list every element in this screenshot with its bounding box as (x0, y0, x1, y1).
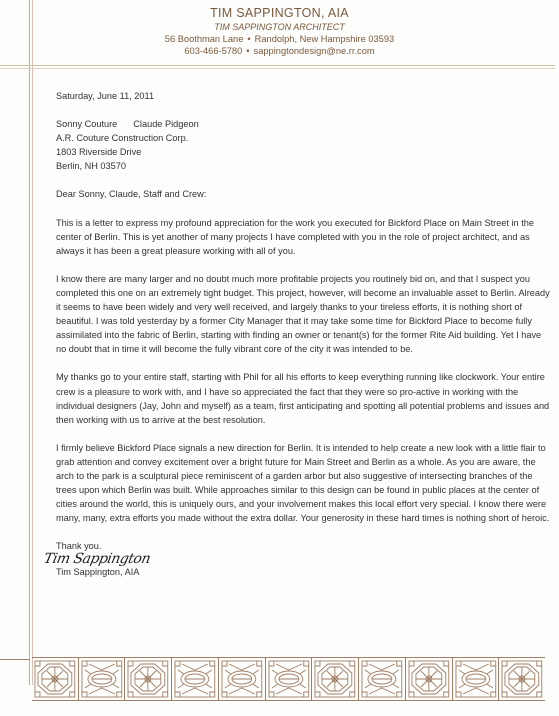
letterhead: TIM SAPPINGTON, AIA TIM SAPPINGTON ARCHI… (0, 6, 559, 57)
recipient-company: A.R. Couture Construction Corp. (56, 131, 551, 145)
paragraph-4: I firmly believe Bickford Place signals … (56, 441, 551, 526)
letterhead-name: TIM SAPPINGTON, AIA (0, 6, 559, 21)
separator-dot: • (242, 46, 253, 56)
email-address: sappingtondesign@ne.rr.com (254, 46, 375, 56)
separator-dot: • (243, 34, 254, 44)
margin-rule-vertical (29, 0, 30, 685)
recipient-name-2: Claude Pidgeon (133, 119, 198, 129)
header-rule (0, 65, 555, 66)
address-city: Randolph, New Hampshire 03593 (255, 34, 395, 44)
border-tile-octagon-cross (499, 658, 545, 700)
recipient-address: Sonny CoutureClaude Pidgeon A.R. Couture… (56, 117, 551, 173)
letter-body: Saturday, June 11, 2011 Sonny CoutureCla… (56, 89, 551, 580)
header-rule-inner (0, 68, 555, 69)
letterhead-contact: 603-466-5780•sappingtondesign@ne.rr.com (0, 45, 559, 57)
paragraph-3: My thanks go to your entire staff, start… (56, 370, 551, 426)
decorative-border (32, 657, 545, 701)
border-tile-oval (79, 658, 126, 700)
recipient-city: Berlin, NH 03570 (56, 159, 551, 173)
paragraph-1: This is a letter to express my profound … (56, 216, 551, 258)
border-tile-oval (359, 658, 406, 700)
border-tile-octagon-cross (406, 658, 453, 700)
border-tile-oval (266, 658, 313, 700)
signer-name: Tim Sappington, AIA (56, 565, 551, 579)
letter-date: Saturday, June 11, 2011 (56, 89, 551, 103)
border-tile-octagon-cross (125, 658, 172, 700)
border-tile-octagon-cross (32, 658, 79, 700)
salutation: Dear Sonny, Claude, Staff and Crew: (56, 187, 551, 201)
margin-rule-vertical-inner (32, 0, 33, 685)
letterhead-address: 56 Boothman Lane•Randolph, New Hampshire… (0, 33, 559, 45)
border-tile-octagon-cross (312, 658, 359, 700)
handwritten-signature: Tim Sappington (43, 553, 553, 565)
recipient-name-1: Sonny Couture (56, 119, 117, 129)
letterhead-firm: TIM SAPPINGTON ARCHITECT (0, 21, 559, 33)
paragraph-2: I know there are many larger and no doub… (56, 272, 551, 357)
border-tile-oval (453, 658, 500, 700)
border-tile-oval (219, 658, 266, 700)
border-tile-oval (172, 658, 219, 700)
address-street: 56 Boothman Lane (165, 34, 244, 44)
phone-number: 603-466-5780 (184, 46, 242, 56)
border-leader-line (0, 659, 30, 660)
recipient-street: 1803 Riverside Drive (56, 145, 551, 159)
